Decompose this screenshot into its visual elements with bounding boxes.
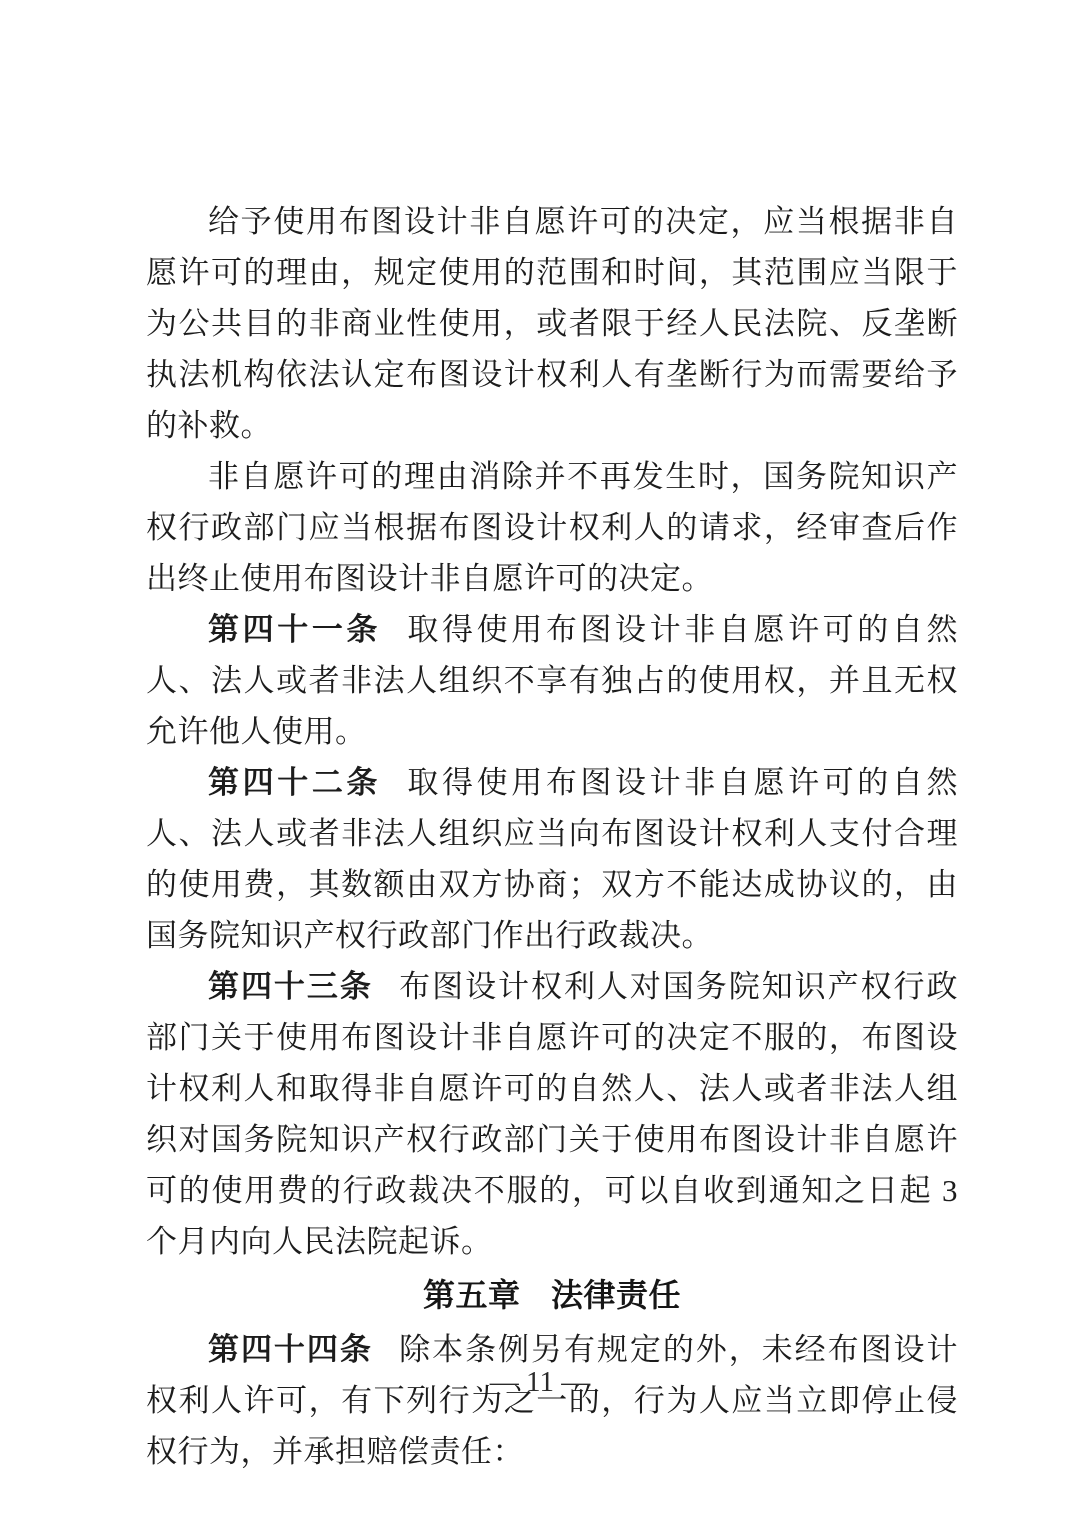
article-text: 布图设计权利人对国务院知识产权行政部门关于使用布图设计非自愿许可的决定不服的，布… (146, 969, 958, 1259)
paragraph-text: 非自愿许可的理由消除并不再发生时，国务院知识产权行政部门应当根据布图设计权利人的… (146, 459, 958, 596)
chapter-heading: 第五章法律责任 (146, 1269, 958, 1322)
chapter-title: 法律责任 (551, 1277, 681, 1313)
paragraph-text: 给予使用布图设计非自愿许可的决定，应当根据非自愿许可的理由，规定使用的范围和时间… (146, 204, 958, 443)
page-number: — 11 — (0, 1362, 1080, 1402)
document-body: 给予使用布图设计非自愿许可的决定，应当根据非自愿许可的理由，规定使用的范围和时间… (146, 196, 958, 1477)
article-number: 第四十一条 (208, 612, 381, 647)
article-paragraph: 第四十一条取得使用布图设计非自愿许可的自然人、法人或者非法人组织不享有独占的使用… (146, 604, 958, 757)
article-paragraph: 第四十三条布图设计权利人对国务院知识产权行政部门关于使用布图设计非自愿许可的决定… (146, 961, 958, 1267)
article-paragraph: 第四十二条取得使用布图设计非自愿许可的自然人、法人或者非法人组织应当向布图设计权… (146, 757, 958, 961)
paragraph: 给予使用布图设计非自愿许可的决定，应当根据非自愿许可的理由，规定使用的范围和时间… (146, 196, 958, 451)
document-page: 给予使用布图设计非自愿许可的决定，应当根据非自愿许可的理由，规定使用的范围和时间… (0, 0, 1080, 1527)
chapter-number: 第五章 (423, 1277, 521, 1313)
paragraph: 非自愿许可的理由消除并不再发生时，国务院知识产权行政部门应当根据布图设计权利人的… (146, 451, 958, 604)
article-number: 第四十三条 (208, 969, 373, 1004)
article-number: 第四十二条 (208, 765, 381, 800)
